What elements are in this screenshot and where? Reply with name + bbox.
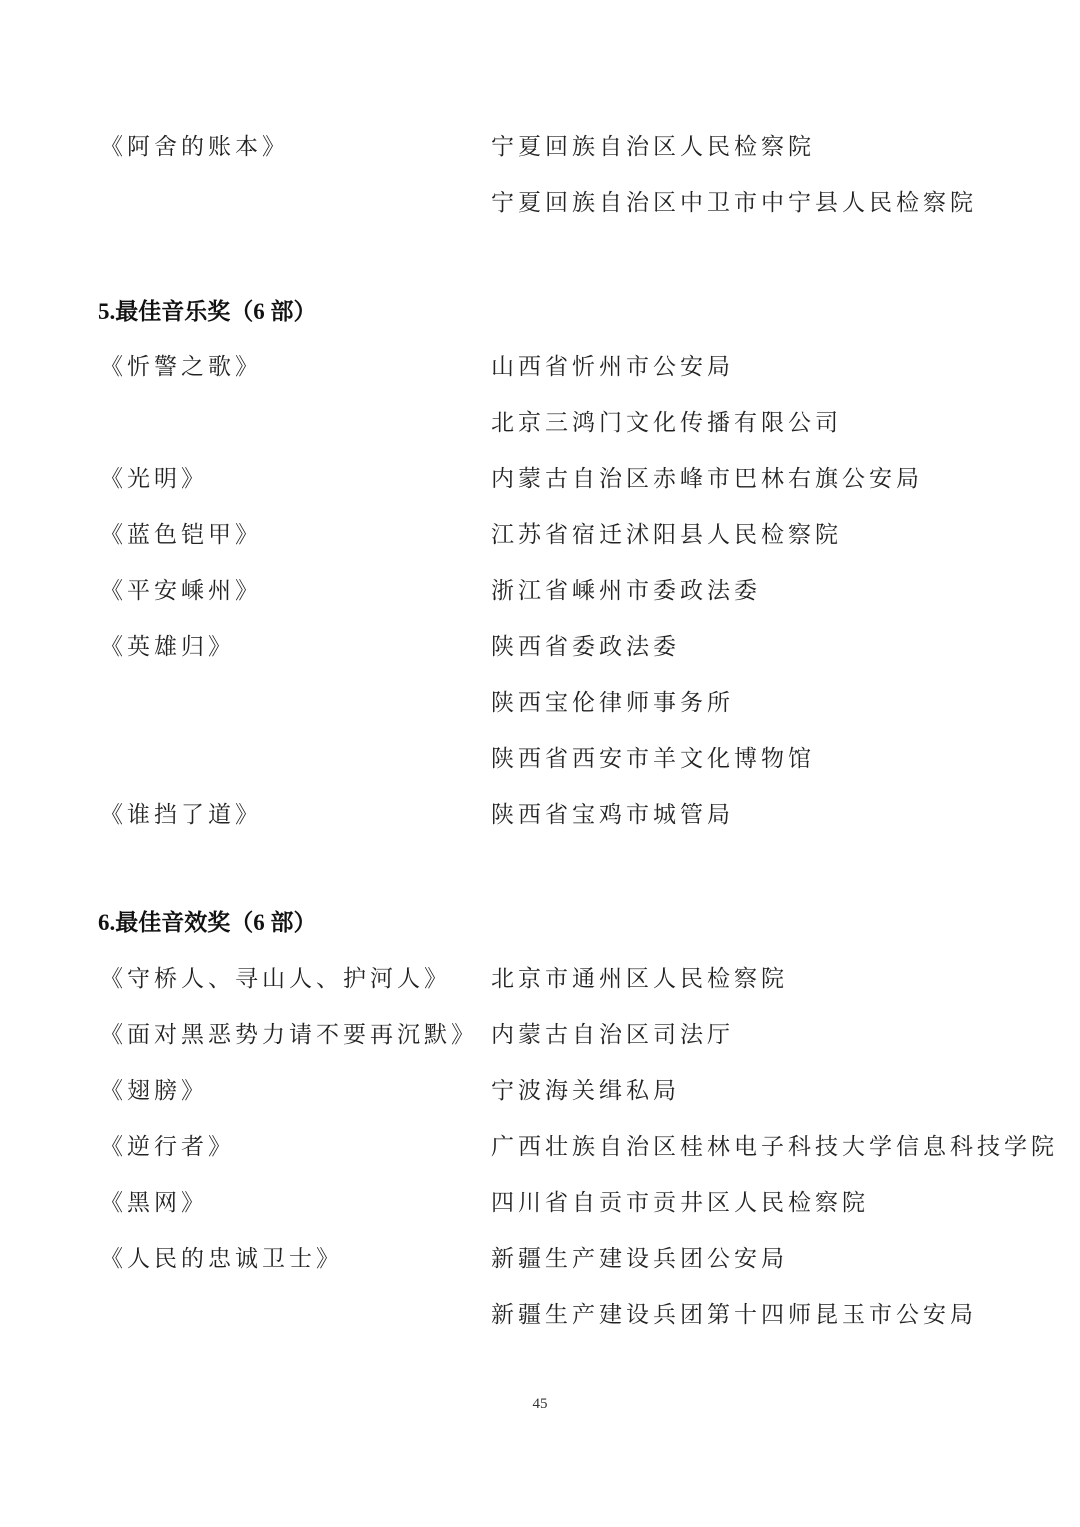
work-title: 《谁挡了道》: [100, 795, 262, 835]
award-row: 陕西宝伦律师事务所: [0, 683, 1080, 723]
organization-name: 陕西省西安市羊文化博物馆: [491, 739, 815, 779]
work-title: 《忻警之歌》: [100, 347, 262, 387]
organization-name: 广西壮族自治区桂林电子科技大学信息科技学院: [491, 1127, 1058, 1167]
organization-name: 新疆生产建设兵团公安局: [491, 1239, 788, 1279]
work-title: 《翅膀》: [100, 1071, 208, 1111]
award-row: 《面对黑恶势力请不要再沉默》 内蒙古自治区司法厅: [0, 1015, 1080, 1055]
organization-name: 新疆生产建设兵团第十四师昆玉市公安局: [491, 1295, 977, 1335]
award-row: 《守桥人、寻山人、护河人》 北京市通州区人民检察院: [0, 959, 1080, 999]
organization-name: 四川省自贡市贡井区人民检察院: [491, 1183, 869, 1223]
organization-name: 宁夏回族自治区人民检察院: [491, 127, 815, 167]
award-row: 新疆生产建设兵团第十四师昆玉市公安局: [0, 1295, 1080, 1335]
organization-name: 山西省忻州市公安局: [491, 347, 734, 387]
document-page: 《阿舍的账本》 宁夏回族自治区人民检察院 宁夏回族自治区中卫市中宁县人民检察院 …: [0, 0, 1080, 1527]
organization-name: 陕西省委政法委: [491, 627, 680, 667]
award-row: 《英雄归》 陕西省委政法委: [0, 627, 1080, 667]
award-row: 陕西省西安市羊文化博物馆: [0, 739, 1080, 779]
award-row: 《谁挡了道》 陕西省宝鸡市城管局: [0, 795, 1080, 835]
award-row: 《翅膀》 宁波海关缉私局: [0, 1071, 1080, 1111]
work-title: 《阿舍的账本》: [100, 127, 289, 167]
organization-name: 陕西省宝鸡市城管局: [491, 795, 734, 835]
work-title: 《面对黑恶势力请不要再沉默》: [100, 1015, 478, 1055]
work-title: 《蓝色铠甲》: [100, 515, 262, 555]
organization-name: 江苏省宿迁沭阳县人民检察院: [491, 515, 842, 555]
award-row: 《黑网》 四川省自贡市贡井区人民检察院: [0, 1183, 1080, 1223]
award-row: 宁夏回族自治区中卫市中宁县人民检察院: [0, 183, 1080, 223]
award-row: 《阿舍的账本》 宁夏回族自治区人民检察院: [0, 127, 1080, 167]
work-title: 《守桥人、寻山人、护河人》: [100, 959, 451, 999]
page-number: 45: [0, 1396, 1080, 1413]
organization-name: 内蒙古自治区司法厅: [491, 1015, 734, 1055]
award-row: 北京三鸿门文化传播有限公司: [0, 403, 1080, 443]
award-row: 《蓝色铠甲》 江苏省宿迁沭阳县人民检察院: [0, 515, 1080, 555]
award-row: 《逆行者》 广西壮族自治区桂林电子科技大学信息科技学院: [0, 1127, 1080, 1167]
organization-name: 宁夏回族自治区中卫市中宁县人民检察院: [491, 183, 977, 223]
section-heading-best-sound-effects: 6.最佳音效奖（6 部）: [98, 903, 317, 943]
organization-name: 内蒙古自治区赤峰市巴林右旗公安局: [491, 459, 923, 499]
work-title: 《黑网》: [100, 1183, 208, 1223]
organization-name: 宁波海关缉私局: [491, 1071, 680, 1111]
organization-name: 陕西宝伦律师事务所: [491, 683, 734, 723]
work-title: 《逆行者》: [100, 1127, 235, 1167]
award-row: 《平安嵊州》 浙江省嵊州市委政法委: [0, 571, 1080, 611]
award-row: 《人民的忠诚卫士》 新疆生产建设兵团公安局: [0, 1239, 1080, 1279]
organization-name: 浙江省嵊州市委政法委: [491, 571, 761, 611]
award-row: 《光明》 内蒙古自治区赤峰市巴林右旗公安局: [0, 459, 1080, 499]
organization-name: 北京三鸿门文化传播有限公司: [491, 403, 842, 443]
organization-name: 北京市通州区人民检察院: [491, 959, 788, 999]
award-row: 《忻警之歌》 山西省忻州市公安局: [0, 347, 1080, 387]
work-title: 《光明》: [100, 459, 208, 499]
work-title: 《平安嵊州》: [100, 571, 262, 611]
work-title: 《英雄归》: [100, 627, 235, 667]
section-heading-best-music: 5.最佳音乐奖（6 部）: [98, 292, 317, 332]
work-title: 《人民的忠诚卫士》: [100, 1239, 343, 1279]
